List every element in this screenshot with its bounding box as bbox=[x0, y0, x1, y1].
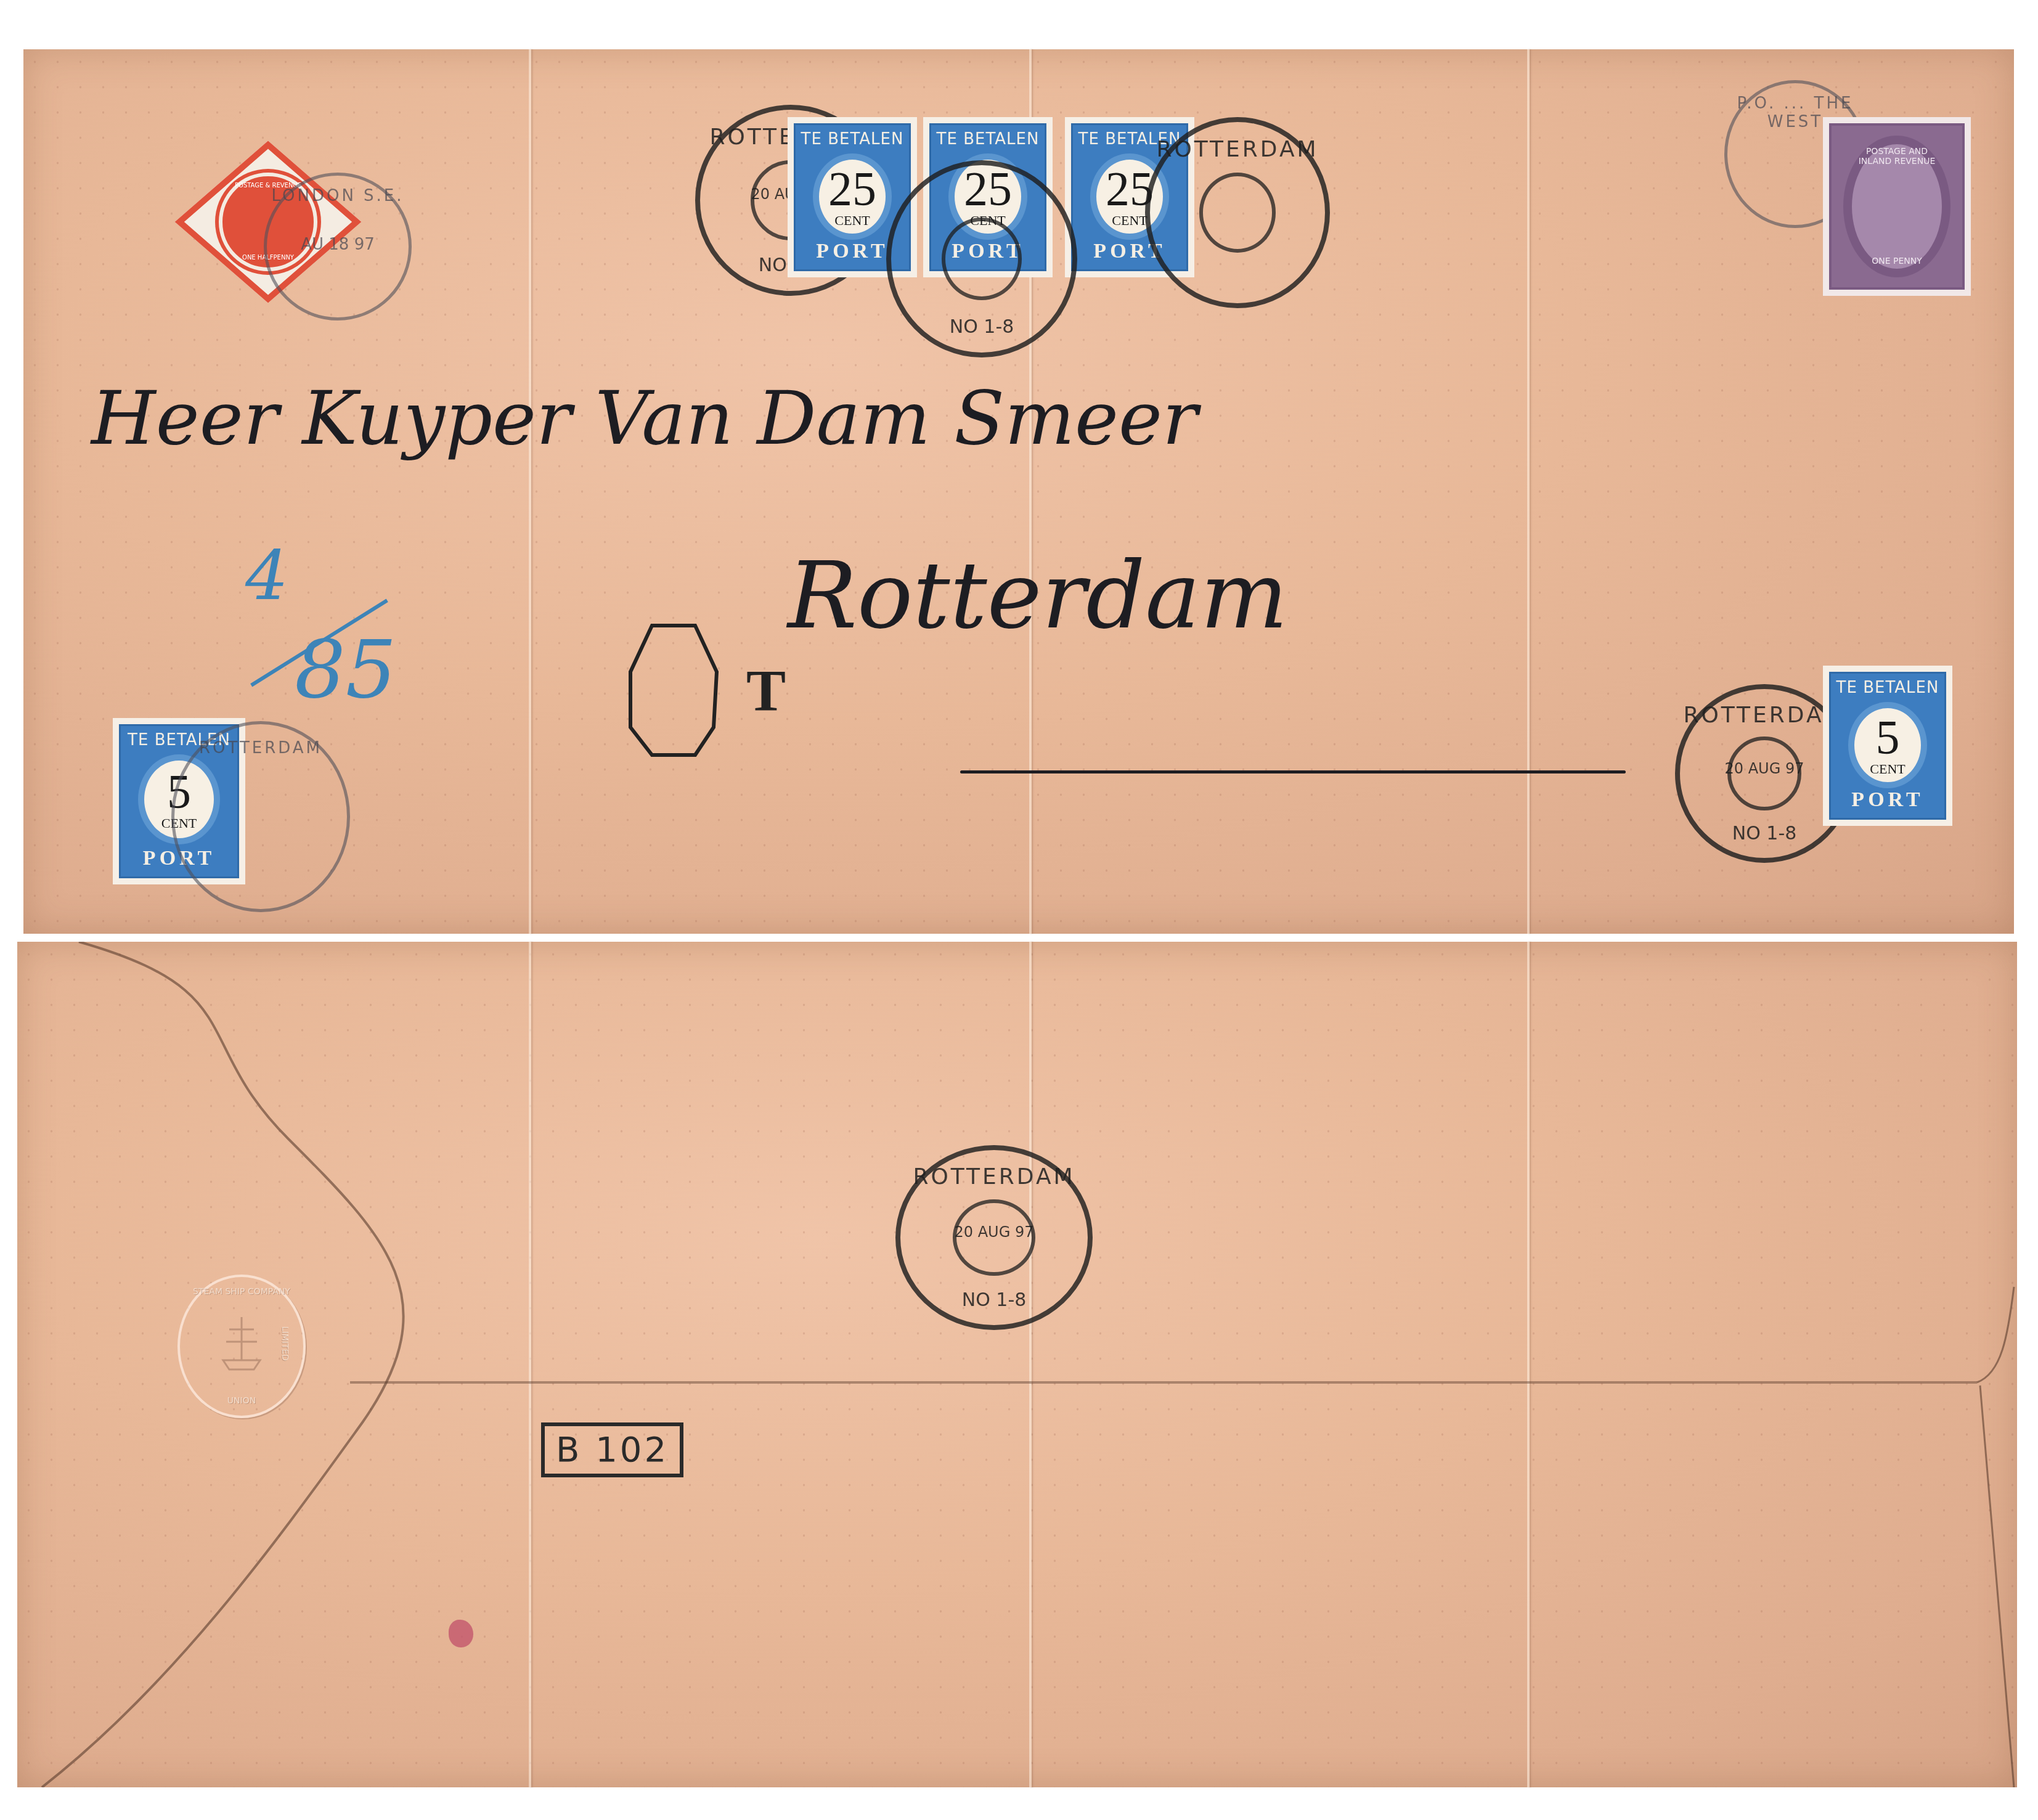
stamp-top-text: TE BETALEN bbox=[1836, 679, 1939, 697]
postmark-date: 20 AUG 97 bbox=[900, 1223, 1088, 1241]
hexagon-frame-icon bbox=[627, 622, 720, 758]
queen-portrait: POSTAGE AND INLAND REVENUE ONE PENNY bbox=[1843, 136, 1950, 278]
blue-pencil-note-bottom: 85 bbox=[295, 622, 396, 716]
postmark-time: NO 1-8 bbox=[1680, 823, 1849, 844]
ship-icon bbox=[217, 1311, 266, 1379]
red-stain bbox=[449, 1620, 473, 1647]
postmark-city: ROTTERDAM bbox=[1150, 137, 1325, 162]
stamp-top-text: POSTAGE AND INLAND REVENUE bbox=[1852, 147, 1942, 166]
stamp-bottom-text: PORT bbox=[816, 240, 888, 263]
postmark-time: NO 1-8 bbox=[891, 316, 1072, 338]
address-line-1: Heer Kuyper Van Dam Smeer bbox=[91, 376, 1197, 462]
envelope-back: STEAM SHIP COMPANY LIMITED UNION ROTTERD… bbox=[17, 942, 2017, 1787]
tax-mark-t: T bbox=[627, 622, 720, 770]
postmark-rotterdam-2: NO 1-8 bbox=[886, 160, 1077, 357]
fold-line bbox=[529, 49, 531, 934]
stamp-top-text: TE BETALEN bbox=[937, 130, 1040, 149]
tax-mark-letter: T bbox=[720, 656, 812, 725]
stamp-unit: CENT bbox=[1112, 213, 1147, 229]
stamp-value: 5 bbox=[1875, 713, 1899, 761]
address-line-2: Rotterdam bbox=[788, 542, 1288, 650]
stamp-nl-due-5: TE BETALEN 5CENT PORT bbox=[1823, 666, 1952, 826]
postmark-rotterdam-back: ROTTERDAM 20 AUG 97 NO 1-8 bbox=[895, 1145, 1093, 1330]
stamp-bottom-text: ONE PENNY bbox=[1852, 256, 1942, 266]
postmark-city: LONDON S.E. bbox=[267, 187, 409, 205]
box-mark-b102: B 102 bbox=[541, 1422, 683, 1477]
address-underline bbox=[960, 770, 1626, 773]
postmark-city: ROTTERDAM bbox=[900, 1164, 1088, 1190]
fold-line bbox=[1527, 49, 1530, 934]
stamp-gb-one-penny: POSTAGE AND INLAND REVENUE ONE PENNY bbox=[1823, 117, 1971, 296]
stamp-top-text: TE BETALEN bbox=[801, 130, 904, 149]
seal-text-bottom: UNION bbox=[180, 1396, 303, 1406]
stamp-unit: CENT bbox=[834, 213, 870, 229]
envelope-front: POSTAGE & REVENUE ONE HALFPENNY LONDON S… bbox=[23, 49, 2014, 934]
blue-pencil-note-top: 4 bbox=[245, 536, 288, 615]
postmark-time: NO 1-8 bbox=[900, 1289, 1088, 1311]
postmark-london: LONDON S.E. AU 18 97 bbox=[264, 173, 412, 320]
postmark-rotterdam-4: ROTTERDAM bbox=[171, 721, 350, 912]
embossed-company-seal: STEAM SHIP COMPANY LIMITED UNION bbox=[177, 1275, 306, 1418]
postmark-rotterdam-3: ROTTERDAM bbox=[1145, 117, 1330, 308]
postmark-date: AU 18 97 bbox=[267, 235, 409, 254]
envelope-flap-outline bbox=[17, 942, 2017, 1787]
stamp-unit: CENT bbox=[1870, 761, 1905, 777]
stamp-bottom-text: PORT bbox=[1851, 788, 1923, 812]
seal-text-right: LIMITED bbox=[280, 1282, 290, 1405]
stamp-value: 25 bbox=[828, 165, 876, 213]
postmark-city: ROTTERDAM bbox=[174, 739, 347, 757]
